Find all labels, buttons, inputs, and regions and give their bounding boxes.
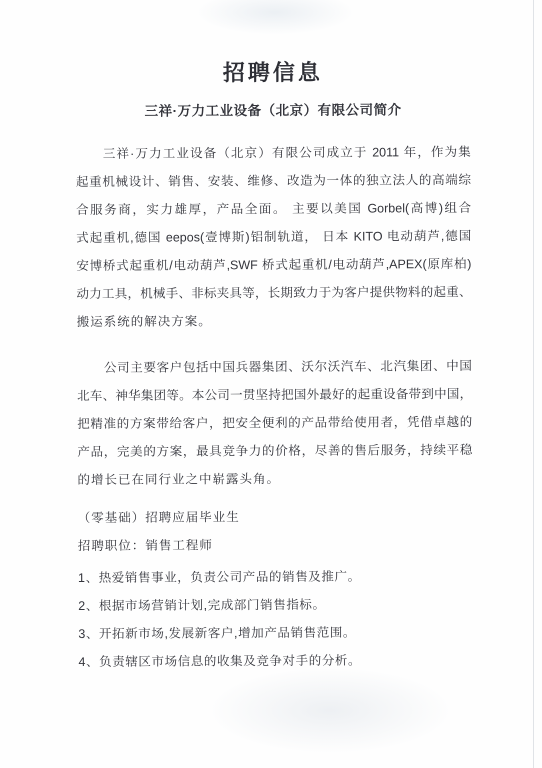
- duty-item: 4、负责辖区市场信息的收集及竞争对手的分析。: [78, 646, 473, 676]
- company-intro-heading: 三祥·万力工业设备（北京）有限公司简介: [76, 99, 471, 123]
- text-line: 动力工具，机械手、非标夹具等，长期致力于为客户提供物料的起重、: [76, 278, 471, 308]
- duties-list: 1、热爱销售事业，负责公司产品的销售及推广。 2、根据市场营销计划,完成部门销售…: [78, 562, 474, 676]
- clients-paragraph: 公司主要客户包括中国兵器集团、沃尔沃汽车、北汽集团、中国 北车、神华集团等。本公…: [77, 352, 473, 494]
- text-line: 公司主要客户包括中国兵器集团、沃尔沃汽车、北汽集团、中国: [77, 352, 472, 382]
- company-intro-paragraph: 三祥·万力工业设备（北京）有限公司成立于 2011 年，作为集 起重机械设计、销…: [76, 138, 472, 336]
- scan-smudge-bottom: [210, 668, 450, 753]
- scanned-document-page: 招聘信息 三祥·万力工业设备（北京）有限公司简介 三祥·万力工业设备（北京）有限…: [0, 0, 542, 768]
- page-title: 招聘信息: [75, 55, 470, 91]
- document-content: 招聘信息 三祥·万力工业设备（北京）有限公司简介 三祥·万力工业设备（北京）有限…: [75, 0, 474, 676]
- text-line: 安博桥式起重机/电动葫芦,SWF 桥式起重机/电动葫芦,APEX(原库柏): [76, 250, 471, 280]
- text-line: 式起重机,德国 eepos(壹博斯)铝制轨道， 日本 KITO 电动葫芦,德国: [76, 222, 471, 252]
- scan-edge-line: [533, 0, 534, 768]
- text-line: 的增长已在同行业之中崭露头角。: [77, 464, 472, 494]
- text-line: 起重机械设计、销售、安装、维修、改造为一体的独立法人的高端综: [76, 166, 471, 196]
- position-line: 招聘职位：销售工程师: [78, 530, 473, 560]
- text-line: 合服务商，实力雄厚，产品全面。 主要以美国 Gorbel(高博)组合: [76, 194, 471, 224]
- duty-item: 3、开拓新市场,发展新客户,增加产品销售范围。: [78, 618, 473, 648]
- text-line: 北车、神华集团等。本公司一贯坚持把国外最好的起重设备带到中国，: [77, 380, 472, 410]
- duty-item: 1、热爱销售事业，负责公司产品的销售及推广。: [78, 562, 473, 592]
- text-line: 三祥·万力工业设备（北京）有限公司成立于 2011 年，作为集: [76, 138, 471, 168]
- text-line: 把精准的方案带给客户，把安全便利的产品带给使用者，凭借卓越的: [77, 408, 472, 438]
- text-line: 产品，完美的方案，最具竞争力的价格，尽善的售后服务，持续平稳: [77, 436, 472, 466]
- text-line: 搬运系统的解决方案。: [77, 306, 472, 336]
- recruit-section-heading: （零基础）招聘应届毕业生: [78, 502, 473, 532]
- duty-item: 2、根据市场营销计划,完成部门销售指标。: [78, 590, 473, 620]
